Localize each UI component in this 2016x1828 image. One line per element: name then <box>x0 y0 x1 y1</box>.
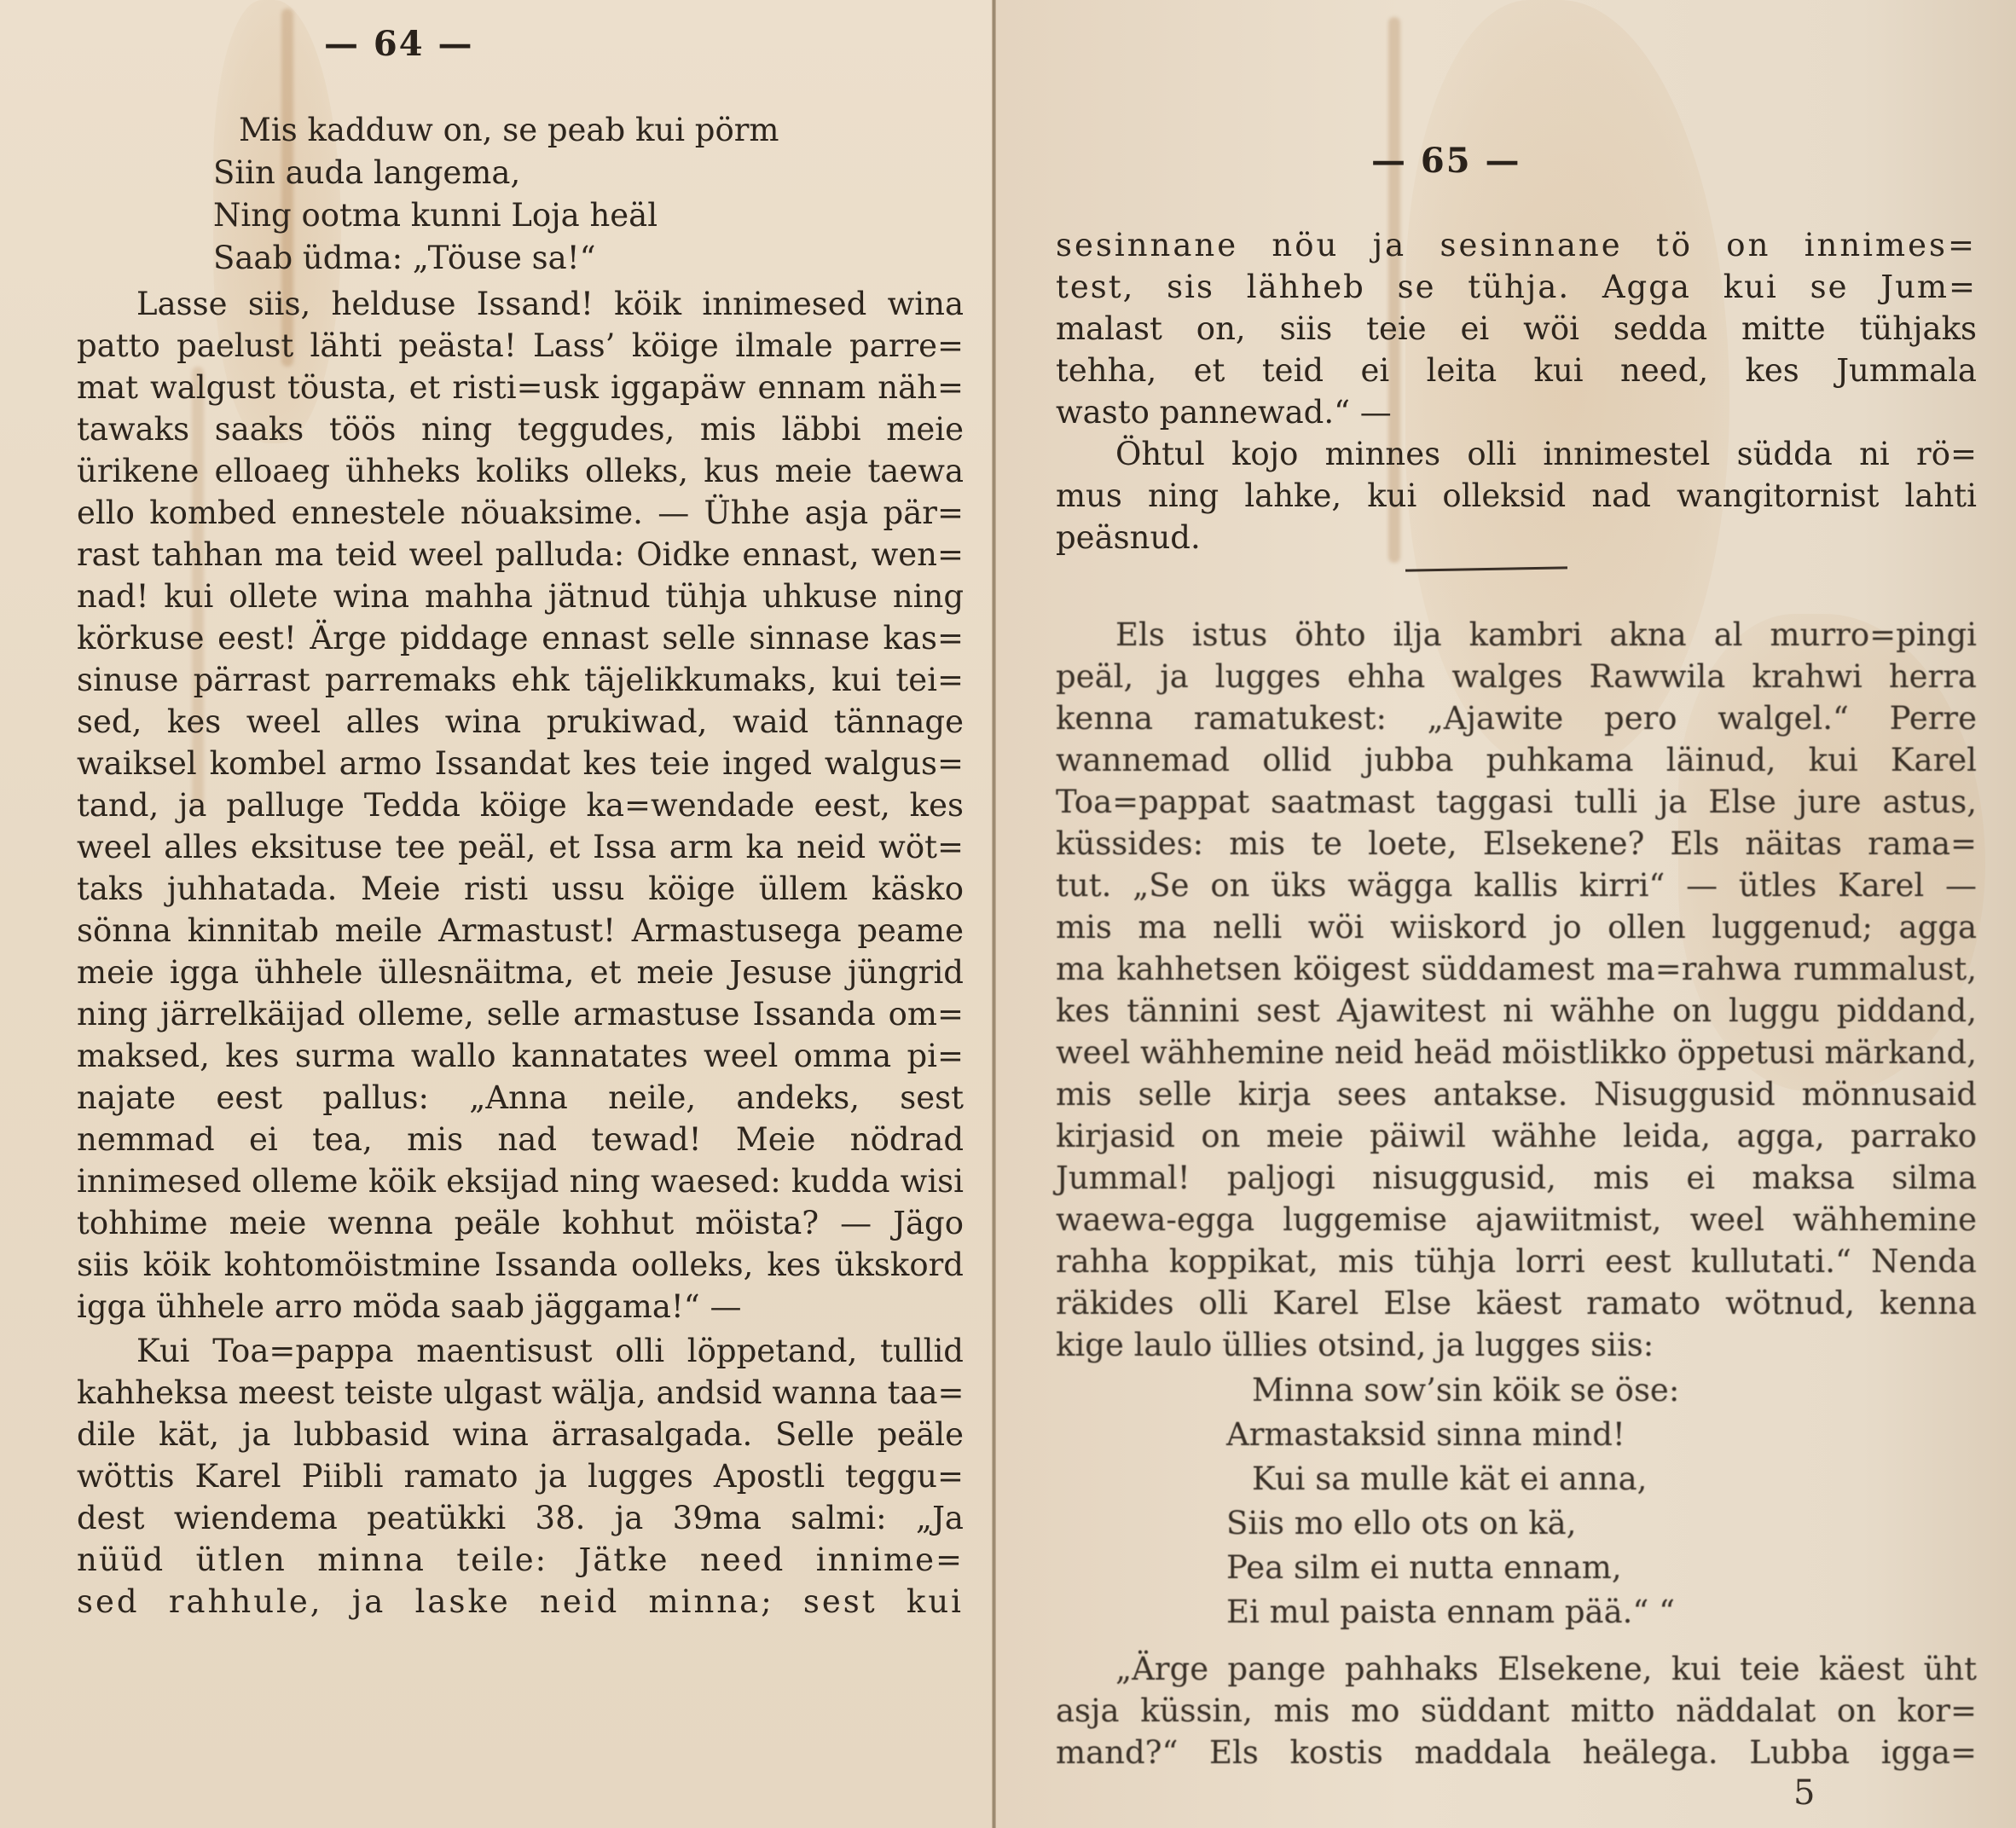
poem-line: Minna sow’sin köik se öse: <box>1252 1371 1679 1410</box>
poem-line: Siis mo ello ots on kä, <box>1226 1504 1577 1543</box>
text-line: wasto pannewad.“ — <box>1056 393 1977 432</box>
text-line: wannemad ollid jubba puhkama läinud, kui… <box>1056 741 1977 780</box>
text-line: mus ning lahke, kui olleksid nad wangito… <box>1056 477 1977 516</box>
book-spread: — 64 — Mis kadduw on, se peab kui pörm S… <box>0 0 2016 1828</box>
text-line: asja küssin, mis mo süddant mitto näddal… <box>1056 1692 1977 1731</box>
text-line: sönna kinnitab meile Armastust! Armastus… <box>77 911 964 951</box>
text-line: Öhtul kojo minnes olli innimestel südda … <box>1056 435 1977 474</box>
poem-line: Armastaksid sinna mind! <box>1226 1415 1625 1455</box>
text-line: waiksel kombel armo Issandat kes teie in… <box>77 744 964 784</box>
poem-line: Siin auda langema, <box>213 153 520 193</box>
poem-line: Ei mul paista ennam pää.“ “ <box>1226 1593 1675 1632</box>
poem-line: Kui sa mulle kät ei anna, <box>1252 1460 1647 1499</box>
text-line: kige laulo üllies otsind, ja lugges siis… <box>1056 1326 1977 1365</box>
text-line: igga ühhele arro möda saab jäggama!“ — <box>77 1287 964 1327</box>
text-line: test, sis lähheb se tühja. Agga kui se J… <box>1056 268 1977 307</box>
text-line: najate eest pallus: „Anna neile, andeks,… <box>77 1079 964 1118</box>
page-65: — 65 — sesinnane nöu ja sesinnane tö on … <box>996 0 2016 1828</box>
text-line: körkuse eest! Ärge piddage ennast selle … <box>77 619 964 658</box>
text-line: meie igga ühhele üllesnäitma, et meie Je… <box>77 953 964 992</box>
text-line: nüüd ütlen minna teile: Jätke need innim… <box>77 1541 964 1580</box>
text-line: weel alles eksituse tee peäl, et Issa ar… <box>77 828 964 867</box>
text-line: peäl, ja lugges ehha walges Rawwila krah… <box>1056 657 1977 697</box>
text-line: rahha koppikat, mis tühja lorri eest kul… <box>1056 1242 1977 1281</box>
text-line: kirjasid on meie päiwil wähhe leida, agg… <box>1056 1117 1977 1156</box>
text-line: „Ärge pange pahhaks Elsekene, kui teie k… <box>1056 1650 1977 1689</box>
text-line: räkides olli Karel Else käest ramato wöt… <box>1056 1284 1977 1323</box>
text-line: Els istus öhto ilja kambri akna al murro… <box>1056 616 1977 655</box>
poem-line: Pea silm ei nutta ennam, <box>1226 1548 1622 1588</box>
text-line: küssides: mis te loete, Elsekene? Els nä… <box>1056 824 1977 864</box>
text-line: tohhime meie wenna peäle kohhut möista? … <box>77 1204 964 1243</box>
text-line: tand, ja palluge Tedda köige ka=wendade … <box>77 786 964 825</box>
text-line: mand?“ Els kostis maddala heälega. Lubba… <box>1056 1733 1977 1773</box>
text-line: rast tahhan ma teid weel palluda: Oidke … <box>77 535 964 575</box>
page-number: — 65 — <box>1371 141 1521 181</box>
text-line: ello kombed ennestele nöuaksime. — Ühhe … <box>77 494 964 533</box>
poem-line: Saab üdma: „Töuse sa!“ <box>213 239 595 278</box>
poem-line: Mis kadduw on, se peab kui pörm <box>239 111 779 150</box>
text-line: kahheksa meest teiste ulgast wälja, ands… <box>77 1374 964 1413</box>
text-line: patto paelust lähti peästa! Lass’ köige … <box>77 327 964 366</box>
text-line: innimesed olleme köik eksijad ning waese… <box>77 1162 964 1201</box>
text-line: dest wiendema peatükki 38. ja 39ma salmi… <box>77 1499 964 1538</box>
text-line: taks juhhatada. Meie risti ussu köige ül… <box>77 870 964 909</box>
poem-line: Ning ootma kunni Loja heäl <box>213 196 658 235</box>
text-line: Lasse siis, helduse Issand! köik innimes… <box>77 285 964 324</box>
text-line: ma kahhetsen köigest süddamest ma=rahwa … <box>1056 950 1977 989</box>
text-line: mis ma nelli wöi wiiskord jo ollen lugge… <box>1056 908 1977 947</box>
text-line: sesinnane nöu ja sesinnane tö on innimes… <box>1056 226 1977 265</box>
text-line: siis köik kohtomöistmine Issanda oolleks… <box>77 1246 964 1285</box>
text-line: Jummal! paljogi nisuggusid, mis ei maksa… <box>1056 1159 1977 1198</box>
text-line: ürikene elloaeg ühheks koliks olleks, ku… <box>77 452 964 491</box>
text-line: sed, kes weel alles wina prukiwad, waid … <box>77 703 964 742</box>
text-line: tut. „Se on üks wägga kallis kirri“ — üt… <box>1056 866 1977 905</box>
text-line: sinuse pärrast parremaks ehk täjelikkuma… <box>77 661 964 700</box>
text-line: kenna ramatukest: „Ajawite pero walgel.“… <box>1056 699 1977 738</box>
page-64: — 64 — Mis kadduw on, se peab kui pörm S… <box>0 0 994 1828</box>
signature-mark: 5 <box>1793 1773 1815 1813</box>
text-line: weel wähhemine neid heäd möistlikko öppe… <box>1056 1033 1977 1073</box>
text-line: tehha, et teid ei leita kui need, kes Ju… <box>1056 351 1977 390</box>
text-line: peäsnud. <box>1056 518 1977 558</box>
text-line: ning järrelkäijad olleme, selle armastus… <box>77 995 964 1034</box>
text-line: wöttis Karel Piibli ramato ja lugges Apo… <box>77 1457 964 1496</box>
text-line: Toa=pappat saatmast taggasi tulli ja Els… <box>1056 783 1977 822</box>
text-line: dile kät, ja lubbasid wina ärrasalgada. … <box>77 1415 964 1455</box>
text-line: nemmad ei tea, mis nad tewad! Meie nödra… <box>77 1120 964 1160</box>
text-line: sed rahhule, ja laske neid minna; sest k… <box>77 1582 964 1622</box>
page-number: — 64 — <box>324 24 474 64</box>
text-line: nad! kui ollete wina mahha jätnud tühja … <box>77 577 964 616</box>
text-line: maksed, kes surma wallo kannatates weel … <box>77 1037 964 1076</box>
text-line: mis selle kirja sees antakse. Nisuggusid… <box>1056 1075 1977 1114</box>
text-line: Kui Toa=pappa maentisust olli löppetand,… <box>77 1332 964 1371</box>
text-line: mat walgust töusta, et risti=usk iggapäw… <box>77 368 964 408</box>
text-line: waewa-egga luggemise ajawiitmist, weel w… <box>1056 1200 1977 1240</box>
text-line: kes tännini sest Ajawitest ni wähhe on l… <box>1056 992 1977 1031</box>
text-line: tawaks saaks töös ning teggudes, mis läb… <box>77 410 964 449</box>
text-line: malast on, siis teie ei wöi sedda mitte … <box>1056 309 1977 349</box>
